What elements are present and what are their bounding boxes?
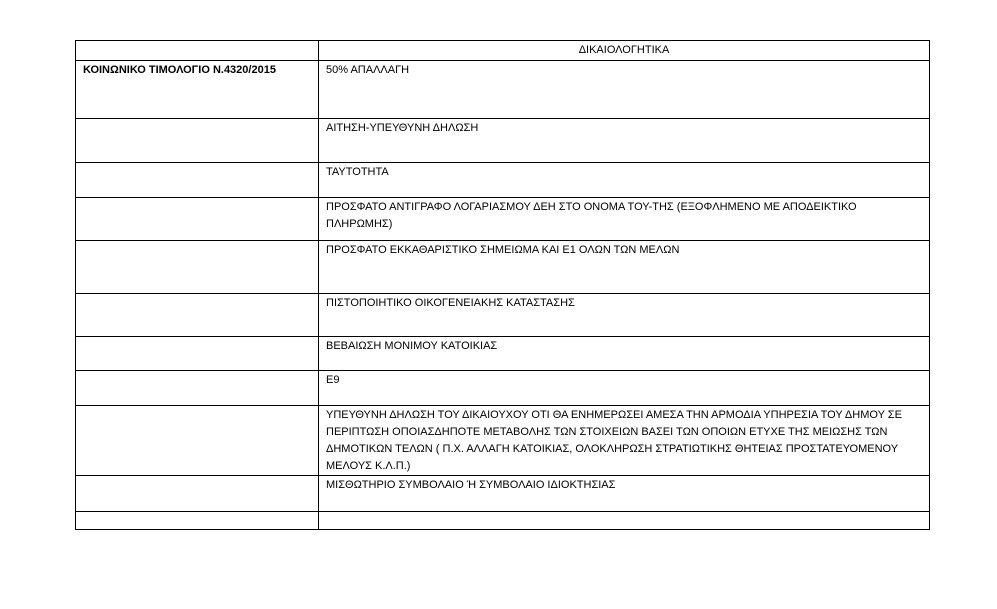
left-cell [76, 406, 319, 476]
table-row [76, 512, 930, 530]
requirement-cell: ΑΙΤΗΣΗ-ΥΠΕΥΘΥΝΗ ΔΗΛΩΣΗ [319, 119, 930, 163]
table-row: ΥΠΕΥΘΥΝΗ ΔΗΛΩΣΗ ΤΟΥ ΔΙΚΑΙΟΥΧΟΥ ΟΤΙ ΘΑ ΕΝ… [76, 406, 930, 476]
requirement-cell: Ε9 [319, 371, 930, 406]
requirement-cell: ΠΡΟΣΦΑΤΟ ΕΚΚΑΘΑΡΙΣΤΙΚΟ ΣΗΜΕΙΩΜΑ ΚΑΙ Ε1 Ο… [319, 241, 930, 294]
table-row: ΤΑΥΤΟΤΗΤΑ [76, 163, 930, 198]
requirement-cell: 50% ΑΠΑΛΛΑΓΗ [319, 61, 930, 119]
table-row: ΚΟΙΝΩΝΙΚΟ ΤΙΜΟΛΟΓΙΟ Ν.4320/2015 50% ΑΠΑΛ… [76, 61, 930, 119]
requirement-cell: ΒΕΒΑΙΩΣΗ ΜΟΝΙΜΟΥ ΚΑΤΟΙΚΙΑΣ [319, 337, 930, 371]
left-cell [76, 163, 319, 198]
left-cell [76, 337, 319, 371]
table-row: Ε9 [76, 371, 930, 406]
table-row: ΑΙΤΗΣΗ-ΥΠΕΥΘΥΝΗ ΔΗΛΩΣΗ [76, 119, 930, 163]
category-label: ΚΟΙΝΩΝΙΚΟ ΤΙΜΟΛΟΓΙΟ Ν.4320/2015 [76, 61, 319, 119]
table-row: ΠΙΣΤΟΠΟΙΗΤΙΚΟ ΟΙΚΟΓΕΝΕΙΑΚΗΣ ΚΑΤΑΣΤΑΣΗΣ [76, 294, 930, 337]
requirement-cell: ΜΙΣΘΩΤΗΡΙΟ ΣΥΜΒΟΛΑΙΟ Ή ΣΥΜΒΟΛΑΙΟ ΙΔΙΟΚΤΗ… [319, 476, 930, 512]
requirement-cell: ΠΡΟΣΦΑΤΟ ΑΝΤΙΓΡΑΦΟ ΛΟΓΑΡΙΑΣΜΟΥ ΔΕΗ ΣΤΟ Ο… [319, 198, 930, 241]
left-cell [76, 241, 319, 294]
requirements-table: ΔΙΚΑΙΟΛΟΓΗΤΙΚΑ ΚΟΙΝΩΝΙΚΟ ΤΙΜΟΛΟΓΙΟ Ν.432… [75, 40, 930, 530]
left-cell [76, 294, 319, 337]
table-row: ΠΡΟΣΦΑΤΟ ΕΚΚΑΘΑΡΙΣΤΙΚΟ ΣΗΜΕΙΩΜΑ ΚΑΙ Ε1 Ο… [76, 241, 930, 294]
requirement-cell [319, 512, 930, 530]
left-cell [76, 512, 319, 530]
header-title: ΔΙΚΑΙΟΛΟΓΗΤΙΚΑ [319, 41, 930, 61]
requirement-cell: ΥΠΕΥΘΥΝΗ ΔΗΛΩΣΗ ΤΟΥ ΔΙΚΑΙΟΥΧΟΥ ΟΤΙ ΘΑ ΕΝ… [319, 406, 930, 476]
left-cell [76, 119, 319, 163]
left-cell [76, 198, 319, 241]
table-row: ΠΡΟΣΦΑΤΟ ΑΝΤΙΓΡΑΦΟ ΛΟΓΑΡΙΑΣΜΟΥ ΔΕΗ ΣΤΟ Ο… [76, 198, 930, 241]
table-row: ΒΕΒΑΙΩΣΗ ΜΟΝΙΜΟΥ ΚΑΤΟΙΚΙΑΣ [76, 337, 930, 371]
requirement-cell: ΠΙΣΤΟΠΟΙΗΤΙΚΟ ΟΙΚΟΓΕΝΕΙΑΚΗΣ ΚΑΤΑΣΤΑΣΗΣ [319, 294, 930, 337]
table-row: ΜΙΣΘΩΤΗΡΙΟ ΣΥΜΒΟΛΑΙΟ Ή ΣΥΜΒΟΛΑΙΟ ΙΔΙΟΚΤΗ… [76, 476, 930, 512]
left-cell [76, 371, 319, 406]
table-header-row: ΔΙΚΑΙΟΛΟΓΗΤΙΚΑ [76, 41, 930, 61]
left-cell [76, 476, 319, 512]
header-left-cell [76, 41, 319, 61]
requirement-cell: ΤΑΥΤΟΤΗΤΑ [319, 163, 930, 198]
